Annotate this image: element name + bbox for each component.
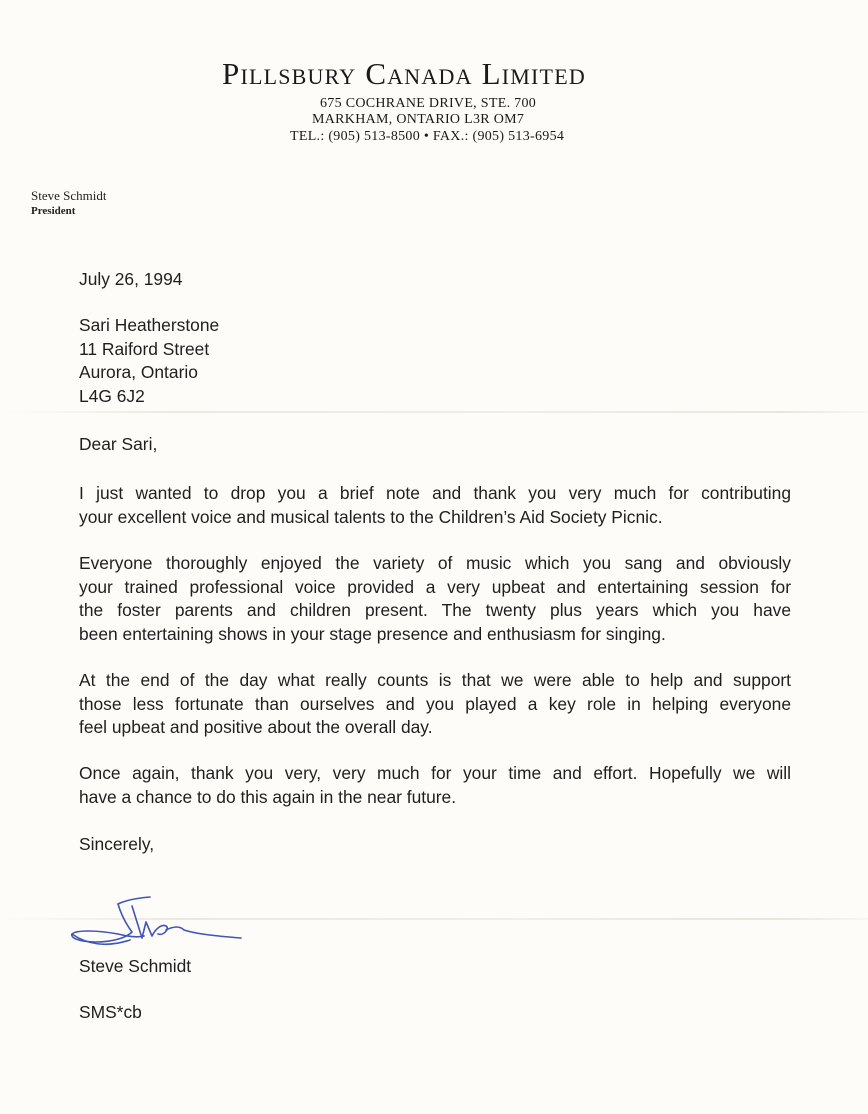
contact-line: TEL.: (905) 513-8500 • FAX.: (905) 513-6… [290, 129, 564, 145]
address-line-1: 675 COCHRANE DRIVE, STE. 700 [320, 96, 536, 112]
paragraph-1: I just wanted to drop you a brief note a… [79, 482, 791, 529]
signature-icon [66, 892, 256, 962]
reference-initials: SMS*cb [79, 1001, 142, 1025]
paragraph-line: have a chance to do this again in the ne… [79, 786, 791, 810]
recipient-name: Sari Heatherstone [79, 314, 219, 338]
recipient-city: Aurora, Ontario [79, 361, 219, 385]
recipient-street: 11 Raiford Street [79, 338, 219, 362]
sender-title: President [31, 205, 75, 217]
letter-date: July 26, 1994 [79, 268, 182, 292]
paragraph-line: I just wanted to drop you a brief note a… [79, 482, 791, 506]
paragraph-line: been entertaining shows in your stage pr… [79, 623, 791, 647]
recipient-postal-code: L4G 6J2 [79, 385, 219, 409]
paragraph-line: your trained professional voice provided… [79, 576, 791, 600]
paragraph-line: Everyone thoroughly enjoyed the variety … [79, 552, 791, 576]
company-name: Pillsbury Canada Limited [222, 56, 586, 92]
paragraph-4: Once again, thank you very, very much fo… [79, 762, 791, 809]
signer-name: Steve Schmidt [79, 955, 191, 979]
sender-name: Steve Schmidt [31, 188, 106, 204]
paragraph-2: Everyone thoroughly enjoyed the variety … [79, 552, 791, 646]
paragraph-3: At the end of the day what really counts… [79, 669, 791, 740]
closing: Sincerely, [79, 833, 154, 857]
recipient-address: Sari Heatherstone 11 Raiford Street Auro… [79, 314, 219, 408]
paragraph-line: At the end of the day what really counts… [79, 669, 791, 693]
paragraph-line: the foster parents and children present.… [79, 599, 791, 623]
paragraph-line: your excellent voice and musical talents… [79, 506, 791, 530]
paragraph-line: feel upbeat and positive about the overa… [79, 716, 791, 740]
paragraph-line: Once again, thank you very, very much fo… [79, 762, 791, 786]
paragraph-line: those less fortunate than ourselves and … [79, 693, 791, 717]
paper-fold-line [0, 411, 868, 413]
salutation: Dear Sari, [79, 433, 157, 457]
address-line-2: MARKHAM, ONTARIO L3R OM7 [312, 112, 524, 128]
